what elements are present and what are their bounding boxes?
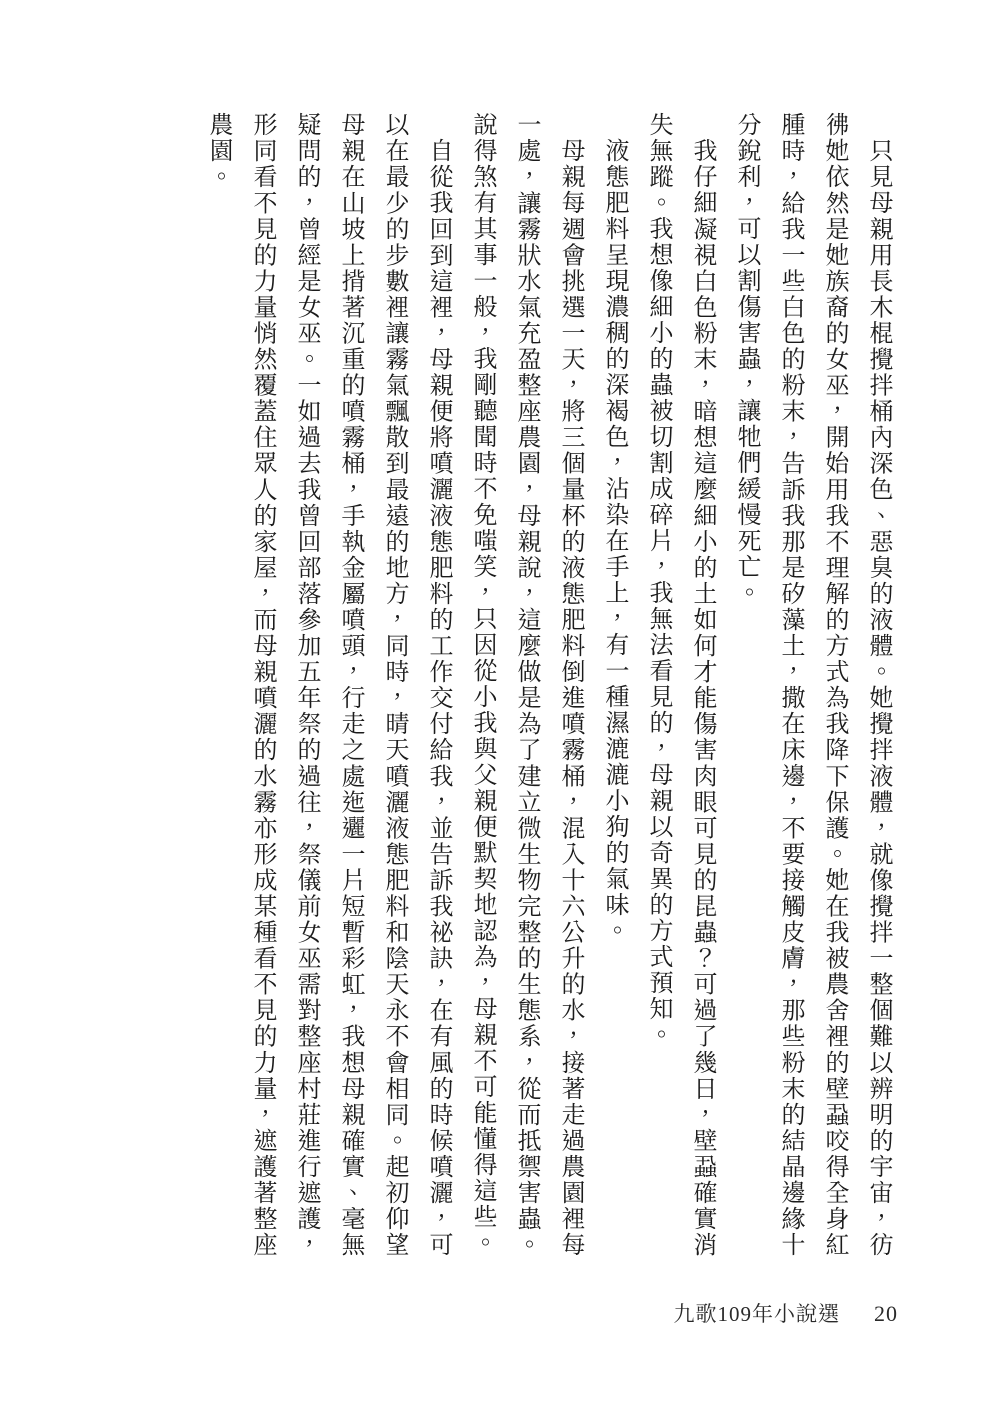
running-title: 九歌109年小說選 (674, 1302, 841, 1326)
book-page: { "page": { "background": "#ffffff", "te… (0, 0, 1000, 1419)
paragraph-2: 我仔細凝視白色粉末，暗想這麼細小的土如何才能傷害肉眼可見的昆蟲？可過了幾日，壁蝨… (636, 112, 724, 1258)
paragraph-4: 母親每週會挑選一天，將三個量杯的液態肥料倒進噴霧桶，混入十六公升的水，接著走過農… (460, 112, 592, 1258)
article-body: 只見母親用長木棍攪拌桶內深色、惡臭的液體。她攪拌液體，就像攪拌一整個難以辨明的宇… (196, 112, 900, 1258)
page-footer: 九歌109年小說選20 (674, 1298, 899, 1328)
paragraph-1: 只見母親用長木棍攪拌桶內深色、惡臭的液體。她攪拌液體，就像攪拌一整個難以辨明的宇… (724, 112, 900, 1258)
paragraph-5: 自從我回到這裡，母親便將噴灑液態肥料的工作交付給我，並告訴我祕訣，在有風的時候噴… (196, 112, 460, 1258)
page-number: 20 (874, 1301, 898, 1326)
paragraph-3: 液態肥料呈現濃稠的深褐色，沾染在手上，有一種濕漉漉小狗的氣味。 (592, 112, 636, 1258)
